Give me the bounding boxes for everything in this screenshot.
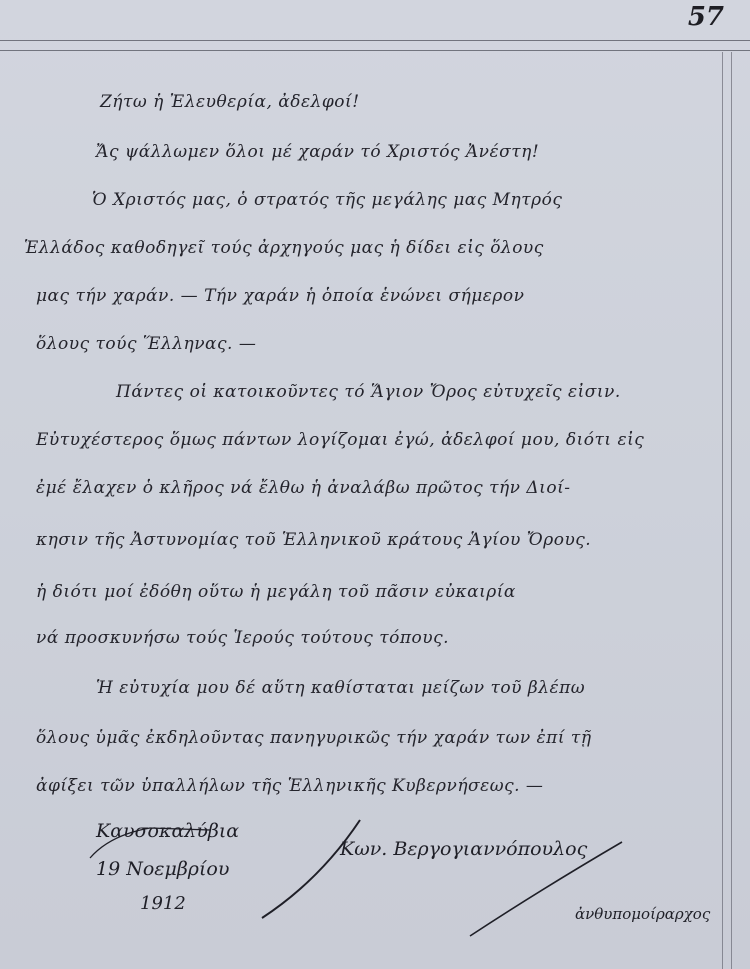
signature-flourish [0, 0, 750, 969]
manuscript-page: 57 Ζήτω ἡ Ἐλευθερία, ἀδελφοί!Ἄς ψάλλωμεν… [0, 0, 750, 969]
